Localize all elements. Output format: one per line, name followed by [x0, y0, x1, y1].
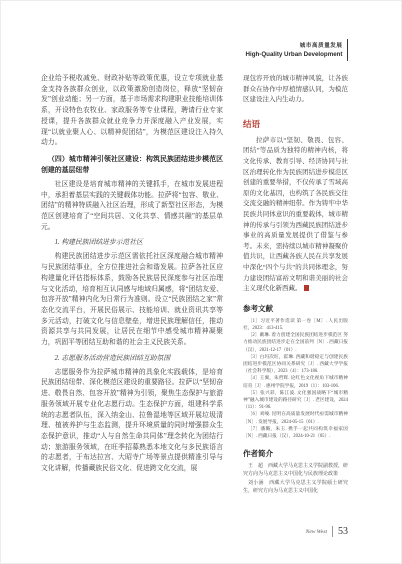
- article-body: 企业给予税收减免、财政补贴等政策优惠，设立专项就业基金支持各族群众创业，以政策激…: [41, 74, 348, 496]
- section-heading-4: （四）城市精神引领社区建设：构筑民族团结进步模范区创建的基层纽带: [41, 154, 223, 176]
- reference-item: ［2］戴琳. 着力创建全国民族团结进步模范区 努力推动民族团结进步走在全国前列［…: [243, 332, 348, 354]
- reference-item: ［3］白玛次旺，霍琳. 西藏和谐稳定与创建民族团结进步模范区协同关系研究［J］.…: [243, 354, 348, 376]
- journal-name: New West: [306, 529, 327, 535]
- reference-item: ［1］习近平著作选读 第一卷［M］. 人民出版社，2023：413-415.: [243, 318, 348, 332]
- author-bio: 刘小涵 西藏大学马克思主义学院硕士研究生，研究方向为马克思主义中国化: [243, 480, 348, 496]
- subheading-1: 1. 构建民族团结进步示范社区: [41, 237, 223, 248]
- header-text: 城市高质量发展 High-Quality Urban Development: [246, 42, 343, 59]
- reference-item: ［7］潘璐，朱玉. 携手一起共同构筑幸福家园［N］. 西藏日报（汉），2024-…: [243, 426, 348, 440]
- author-bios: 王 超 西藏大学马克思主义学院副教授，研究方向为马克思主义中国化与民族理论政策 …: [243, 463, 348, 495]
- right-column: 现包容开放的城市精神风貌，让各族群众在协作中厚植情感认同，为模范区建设注入内生动…: [243, 74, 348, 496]
- paragraph-conclusion: 拉萨市以“坚韧、敬畏、包容、团结”等品质为独特的精神内核，将文化传承、教育引导、…: [243, 136, 348, 295]
- header-divider: [347, 39, 349, 61]
- paragraph-volunteer: 志愿服务作为拉萨城市精神的具象化实践载体，是培育民族团结纽带、深化模范区建设的重…: [41, 368, 223, 475]
- journal-page: 城市高质量发展 High-Quality Urban Development 企…: [0, 0, 402, 564]
- authors-heading: 作者简介: [243, 448, 348, 459]
- paragraph-demo-community: 构建民族团结进步示范区需依托社区深度融合城市精神与民族团结事业，全方位推进社会和…: [41, 252, 223, 348]
- references-heading: 参考文献: [243, 303, 348, 314]
- author-bio: 王 超 西藏大学马克思主义学院副教授，研究方向为马克思主义中国化与民族理论政策: [243, 463, 348, 479]
- references-list: ［1］习近平著作选读 第一卷［M］. 人民出版社，2023：413-415. ［…: [243, 318, 348, 440]
- paragraph-community-intro: 社区建设是培育城市精神的关键抓手，在城市发展进程中，承担着基层实践的关键载体功能…: [41, 180, 223, 234]
- paragraph-continuation: 现包容开放的城市精神风貌，让各族群众在协作中厚植情感认同，为模范区建设注入内生动…: [243, 74, 348, 106]
- footer-divider: [332, 526, 333, 537]
- page-number: 53: [338, 526, 348, 537]
- subheading-2: 2. 志愿服务活动营造民族团结互助氛围: [41, 353, 223, 364]
- left-column: 企业给予税收减免、财政补贴等政策优惠，设立专项就业基金支持各族群众创业，以政策激…: [41, 74, 223, 496]
- page-header: 城市高质量发展 High-Quality Urban Development: [246, 39, 348, 61]
- conclusion-heading: 结语: [243, 118, 348, 130]
- article-end-icon: [304, 285, 310, 291]
- column-title-en: High-Quality Urban Development: [246, 50, 343, 59]
- reference-item: ［4］王翼，朱哲辉. 论红色文化视角下城市精神培育［J］. 惠州学院学报，201…: [243, 375, 348, 389]
- conclusion-text: 拉萨市以“坚韧、敬畏、包容、团结”等品质为独特的精神内核，将文化传承、教育引导、…: [243, 137, 348, 292]
- paragraph-employment: 企业给予税收减免、财政补贴等政策优惠，设立专项就业基金支持各族群众创业，以政策激…: [41, 74, 223, 149]
- reference-item: ［6］刘峻. 昆明在高质量发展时代亟需城市精神［N］. 发展导报，2024-05…: [243, 411, 348, 425]
- reference-item: ［5］张兴彩，陈江波. 文化强国战略下“城市精神”融入城市建设的路径研究［J］.…: [243, 390, 348, 412]
- page-footer: New West 53: [306, 526, 348, 537]
- column-title-zh: 城市高质量发展: [246, 42, 343, 50]
